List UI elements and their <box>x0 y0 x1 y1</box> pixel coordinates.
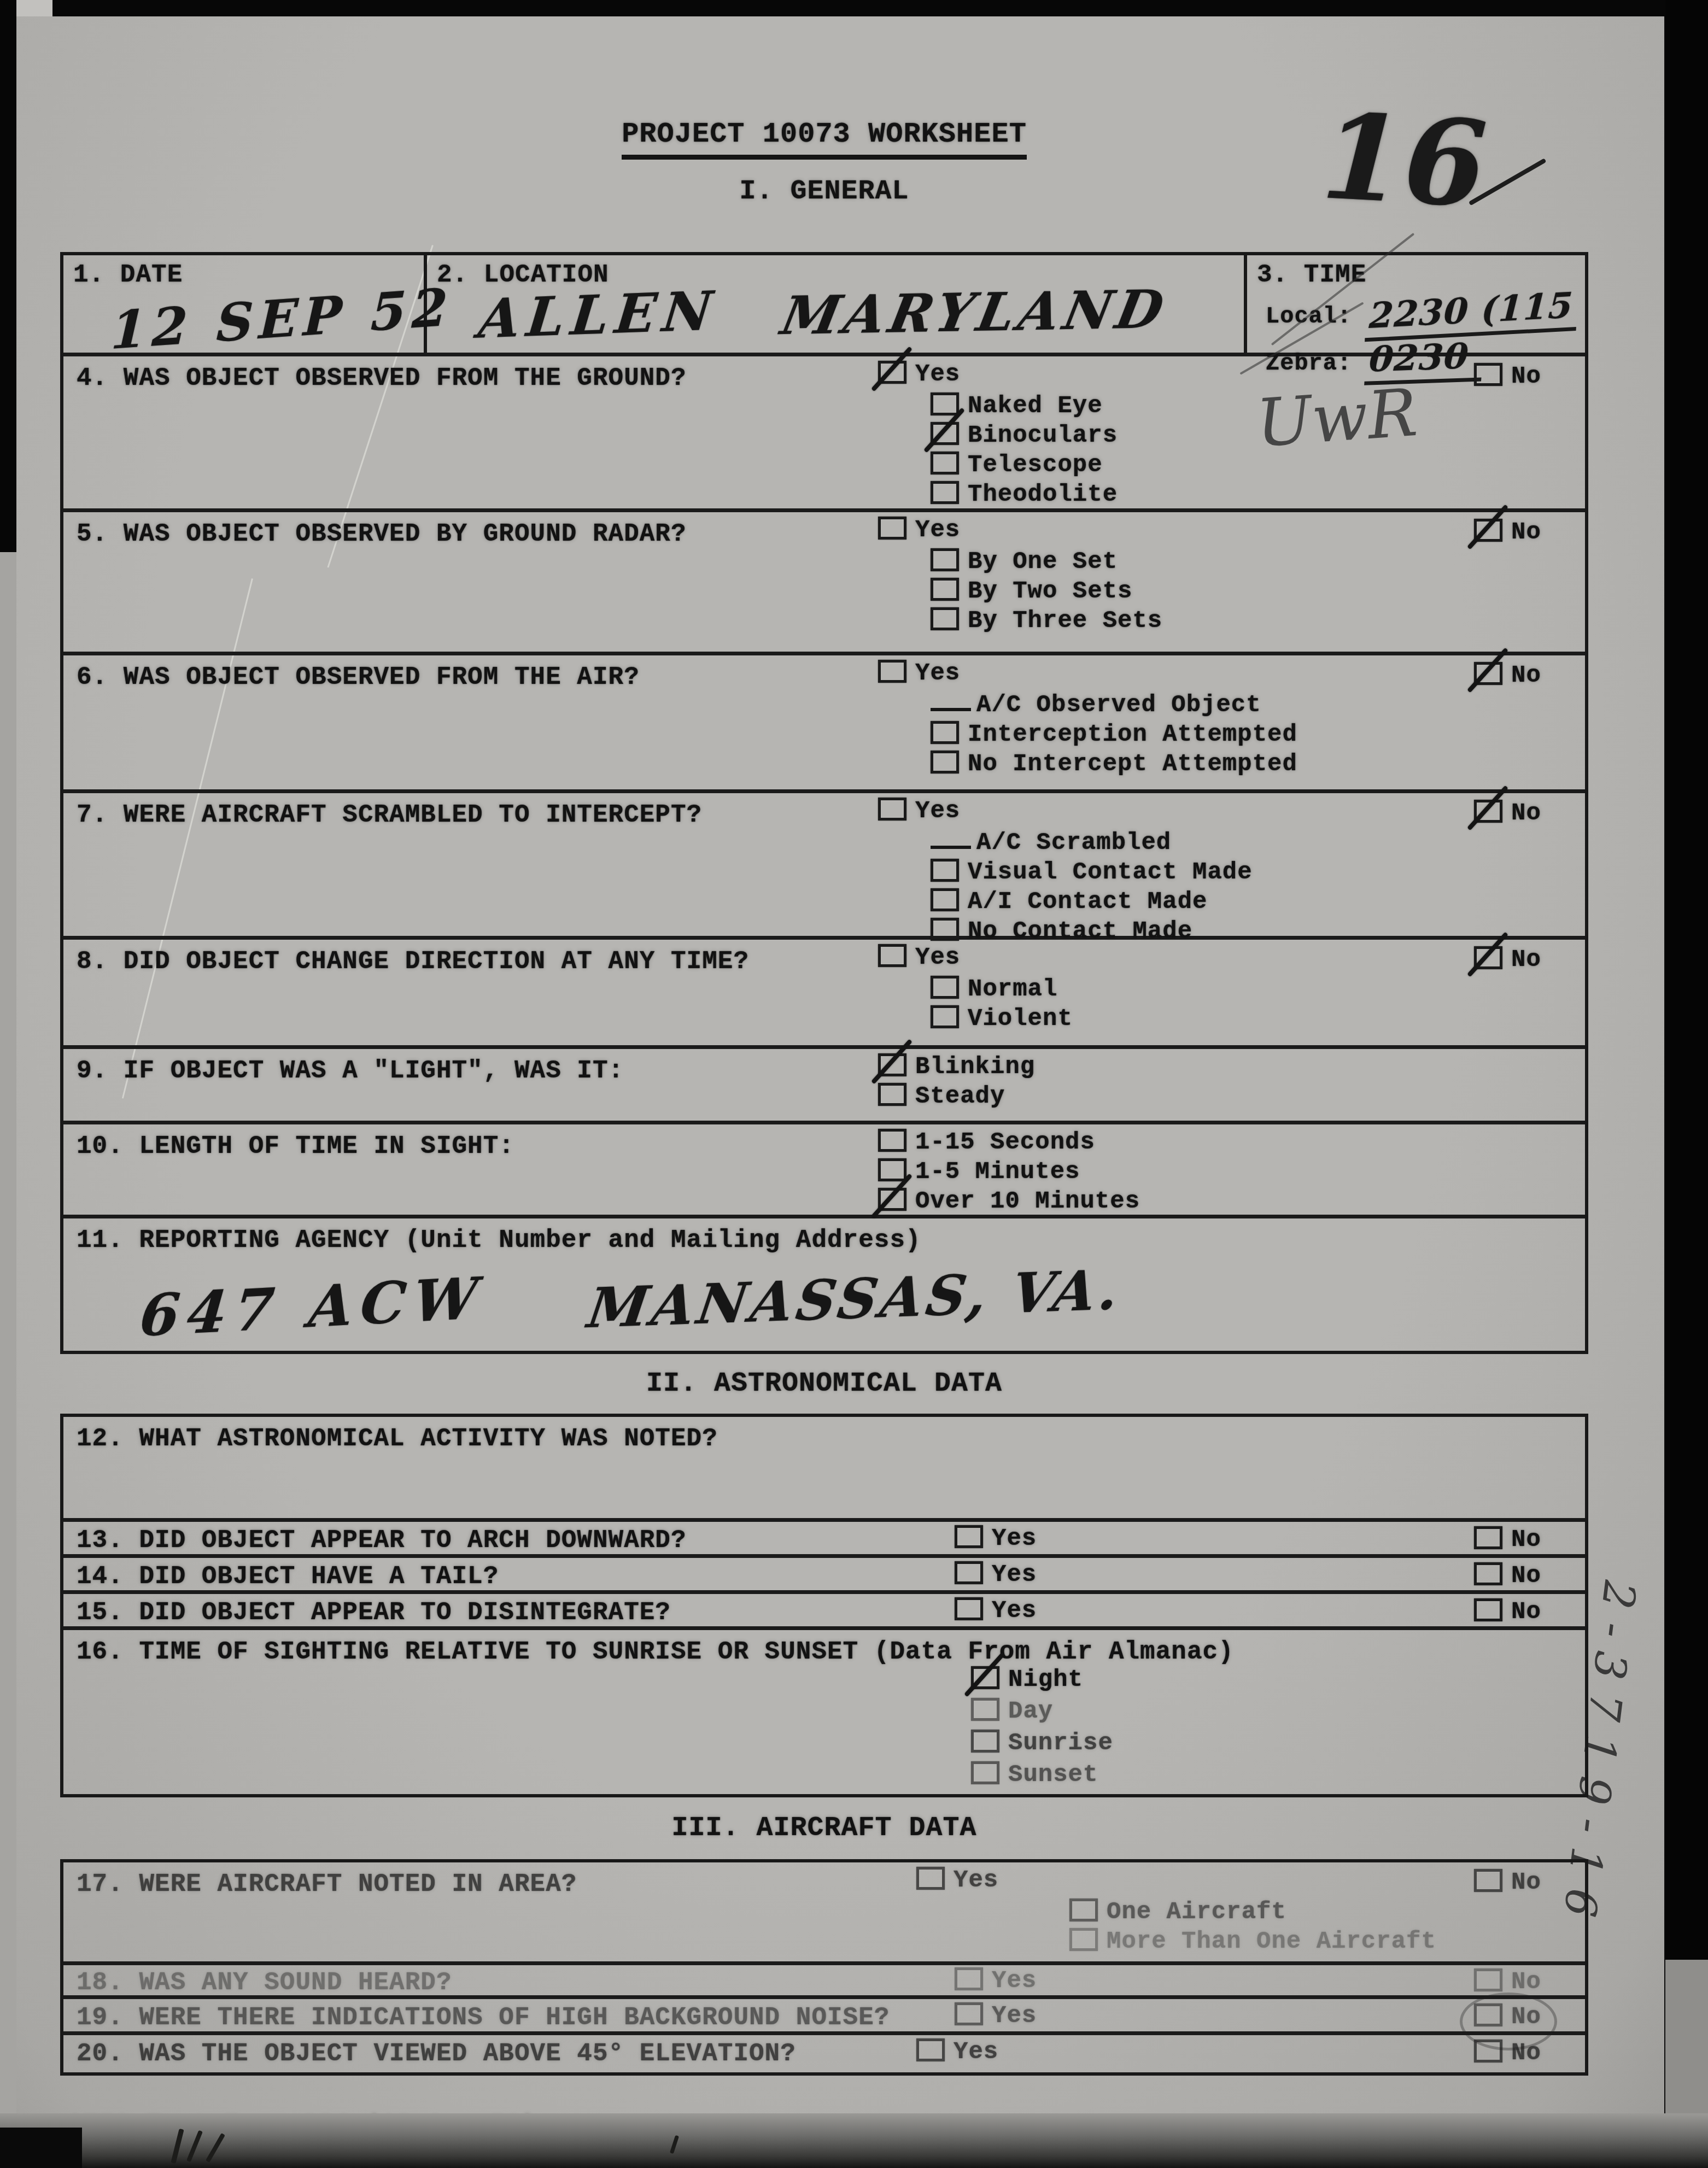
question-row-17: 17. WERE AIRCRAFT NOTED IN AREA? Yes One… <box>63 1862 1585 1965</box>
q8-yes-checkbox[interactable] <box>878 944 906 967</box>
q7-no-checkbox[interactable] <box>1474 800 1502 823</box>
section-aircraft-heading: III. AIRCRAFT DATA <box>60 1813 1588 1844</box>
q14-no-checkbox[interactable] <box>1474 1562 1502 1585</box>
q5-option-two-sets: By Two Sets <box>931 578 1162 607</box>
question-row-18: 18. WAS ANY SOUND HEARD? Yes No <box>63 1965 1585 1999</box>
scan-corner-bottom-left <box>0 2128 82 2168</box>
q10-over-10-minutes-checkbox[interactable] <box>878 1188 906 1211</box>
scan-edge-left <box>0 0 16 552</box>
q16-option-sunset: Sunset <box>971 1761 1113 1793</box>
question-17-options: Yes One Aircraft More Than One Aircraft <box>916 1867 1436 1958</box>
q7-no-option: No <box>1474 800 1541 827</box>
q13-no-checkbox[interactable] <box>1474 1526 1502 1549</box>
astronomical-table: 12. WHAT ASTRONOMICAL ACTIVITY WAS NOTED… <box>60 1414 1588 1797</box>
q4-yes-checkbox[interactable] <box>878 361 906 384</box>
question-15-label: 15. DID OBJECT APPEAR TO DISINTEGRATE? <box>63 1594 1585 1627</box>
scan-bottom-band <box>0 2113 1708 2168</box>
scanned-document-page: { "document": { "title": "PROJECT 10073 … <box>0 0 1708 2168</box>
time-label: 3. TIME <box>1247 255 1585 289</box>
q13-no-option: No <box>1474 1526 1541 1554</box>
question-20-options: Yes <box>916 2038 998 2068</box>
location-city-value: ALLEN <box>476 279 722 351</box>
location-state-value: MARYLAND <box>776 278 1173 347</box>
q4-no-checkbox[interactable] <box>1474 363 1502 386</box>
q13-yes-option: Yes <box>955 1525 1037 1555</box>
question-16-options: Night Day Sunrise Sunset <box>971 1666 1113 1793</box>
q7-option-ai-contact: A/I Contact Made <box>931 888 1253 918</box>
q4-no-option: No <box>1474 363 1541 390</box>
q4-option-theodolite: Theodolite <box>931 481 1118 511</box>
q7-option-ac-scrambled: A/C Scrambled <box>931 829 1253 859</box>
q10-1-15-seconds-checkbox[interactable] <box>878 1129 906 1152</box>
section-general-heading: I. GENERAL <box>60 176 1588 207</box>
date-value: 12 SEP 52 <box>110 277 454 361</box>
q19-no-checkbox[interactable] <box>1474 2003 1502 2026</box>
pen-scribble <box>670 2135 679 2154</box>
question-4-options: Yes Naked Eye Binoculars Telescope Theod… <box>878 361 1118 511</box>
question-row-12: 12. WHAT ASTRONOMICAL ACTIVITY WAS NOTED… <box>63 1417 1585 1522</box>
q7-visual-contact-checkbox[interactable] <box>931 859 959 882</box>
q6-yes-option: Yes <box>878 660 1297 689</box>
question-row-11: 11. REPORTING AGENCY (Unit Number and Ma… <box>63 1218 1585 1351</box>
question-5-label: 5. WAS OBJECT OBSERVED BY GROUND RADAR? <box>63 512 1585 548</box>
q9-steady-checkbox[interactable] <box>878 1083 906 1106</box>
q6-no-checkbox[interactable] <box>1474 662 1502 685</box>
q6-option-no-intercept: No Intercept Attempted <box>931 751 1297 780</box>
q4-telescope-checkbox[interactable] <box>931 452 959 474</box>
paper-sheet: 16 UwR 2-3719-16 PROJECT 10073 WORKSHEET… <box>16 15 1664 2119</box>
q10-option-1-5-minutes: 1-5 Minutes <box>878 1158 1140 1188</box>
q16-option-day: Day <box>971 1698 1113 1730</box>
q6-interception-checkbox[interactable] <box>931 721 959 744</box>
question-row-19: 19. WERE THERE INDICATIONS OF HIGH BACKG… <box>63 1999 1585 2035</box>
q19-yes-option: Yes <box>955 2002 1037 2032</box>
question-16-label: 16. TIME OF SIGHTING RELATIVE TO SUNRISE… <box>63 1630 1585 1666</box>
q7-yes-option: Yes <box>878 798 1253 827</box>
location-cell: 2. LOCATION ALLEN MARYLAND <box>427 255 1247 353</box>
question-row-20: 20. WAS THE OBJECT VIEWED ABOVE 45° ELEV… <box>63 2035 1585 2072</box>
q6-no-option: No <box>1474 662 1541 689</box>
q6-no-intercept-checkbox[interactable] <box>931 751 959 774</box>
q4-binoculars-checkbox[interactable] <box>931 422 959 445</box>
q14-no-option: No <box>1474 1562 1541 1590</box>
q6-yes-checkbox[interactable] <box>878 660 906 683</box>
q18-no-checkbox[interactable] <box>1474 1968 1502 1991</box>
q8-no-option: No <box>1474 946 1541 974</box>
question-8-label: 8. DID OBJECT CHANGE DIRECTION AT ANY TI… <box>63 940 1585 976</box>
date-cell: 1. DATE 12 SEP 52 <box>63 255 427 353</box>
time-local-value: 2230 (115 <box>1365 285 1579 342</box>
question-5-options: Yes By One Set By Two Sets By Three Sets <box>878 517 1162 637</box>
q15-no-checkbox[interactable] <box>1474 1598 1502 1621</box>
q10-1-5-minutes-checkbox[interactable] <box>878 1158 906 1181</box>
q4-yes-label: Yes <box>915 361 960 388</box>
question-row-14: 14. DID OBJECT HAVE A TAIL? Yes No <box>63 1558 1585 1594</box>
question-row-13: 13. DID OBJECT APPEAR TO ARCH DOWNWARD? … <box>63 1522 1585 1558</box>
q15-yes-option: Yes <box>955 1597 1037 1627</box>
q7-option-visual-contact: Visual Contact Made <box>931 859 1253 888</box>
q14-yes-checkbox[interactable] <box>955 1561 983 1584</box>
time-local-line: Local: 2230 (115 <box>1247 289 1585 336</box>
question-7-options: Yes A/C Scrambled Visual Contact Made A/… <box>878 798 1253 947</box>
question-row-4: 4. WAS OBJECT OBSERVED FROM THE GROUND? … <box>63 356 1585 512</box>
q4-no-label: No <box>1511 363 1541 390</box>
scan-edge-left-lower <box>0 552 16 2168</box>
q17-no-option: No <box>1474 1869 1541 1896</box>
q8-violent-checkbox[interactable] <box>931 1005 959 1028</box>
q16-sunset-checkbox[interactable] <box>971 1761 999 1784</box>
question-13-options: Yes <box>955 1525 1037 1555</box>
q4-theodolite-checkbox[interactable] <box>931 481 959 504</box>
reporting-agency-unit-value: 647 ACW <box>137 1264 488 1350</box>
q17-option-one-aircraft: One Aircraft <box>1069 1899 1436 1928</box>
q18-yes-checkbox[interactable] <box>955 1967 983 1990</box>
scan-edge-right <box>1665 0 1708 1960</box>
question-row-15: 15. DID OBJECT APPEAR TO DISINTEGRATE? Y… <box>63 1594 1585 1630</box>
question-15-options: Yes <box>955 1597 1037 1627</box>
question-18-options: Yes <box>955 1967 1037 1997</box>
q16-option-night: Night <box>971 1666 1113 1698</box>
q8-option-violent: Violent <box>931 1005 1073 1035</box>
question-14-label: 14. DID OBJECT HAVE A TAIL? <box>63 1558 1585 1591</box>
q5-yes-option: Yes <box>878 517 1162 546</box>
q6-option-interception-attempted: Interception Attempted <box>931 721 1297 751</box>
q14-yes-option: Yes <box>955 1561 1037 1591</box>
question-13-label: 13. DID OBJECT APPEAR TO ARCH DOWNWARD? <box>63 1522 1585 1555</box>
q15-no-option: No <box>1474 1598 1541 1626</box>
q6-option-ac-observed: A/C Observed Object <box>931 692 1297 721</box>
q16-sunrise-checkbox[interactable] <box>971 1730 999 1753</box>
page-title: PROJECT 10073 WORKSHEET <box>60 118 1588 160</box>
scan-edge-top <box>52 0 1670 16</box>
reporting-agency-address-value: MANASSAS, VA. <box>584 1257 1126 1341</box>
time-cell: 3. TIME Local: 2230 (115 Zebra: 0230 <box>1247 255 1585 353</box>
q9-blinking-checkbox[interactable] <box>878 1053 906 1076</box>
q9-option-blinking: Blinking <box>878 1053 1035 1083</box>
q16-option-sunrise: Sunrise <box>971 1730 1113 1761</box>
q13-yes-checkbox[interactable] <box>955 1525 983 1548</box>
question-row-5: 5. WAS OBJECT OBSERVED BY GROUND RADAR? … <box>63 512 1585 655</box>
question-row-7: 7. WERE AIRCRAFT SCRAMBLED TO INTERCEPT?… <box>63 793 1585 940</box>
question-10-options: 1-15 Seconds 1-5 Minutes Over 10 Minutes <box>878 1129 1140 1217</box>
general-table: 1. DATE 12 SEP 52 2. LOCATION ALLEN MARY… <box>60 252 1588 1354</box>
q10-option-1-15-seconds: 1-15 Seconds <box>878 1129 1140 1158</box>
q20-no-option: No <box>1474 2040 1541 2067</box>
question-19-label: 19. WERE THERE INDICATIONS OF HIGH BACKG… <box>63 1999 1585 2032</box>
q10-option-over-10-minutes: Over 10 Minutes <box>878 1188 1140 1217</box>
question-row-9: 9. IF OBJECT WAS A "LIGHT", WAS IT: Blin… <box>63 1049 1585 1124</box>
q5-no-checkbox[interactable] <box>1474 519 1502 542</box>
q17-no-checkbox[interactable] <box>1474 1869 1502 1892</box>
header-row: 1. DATE 12 SEP 52 2. LOCATION ALLEN MARY… <box>63 255 1585 356</box>
q16-night-checkbox[interactable] <box>971 1666 999 1689</box>
question-12-label: 12. WHAT ASTRONOMICAL ACTIVITY WAS NOTED… <box>63 1417 1585 1453</box>
question-20-label: 20. WAS THE OBJECT VIEWED ABOVE 45° ELEV… <box>63 2035 1585 2068</box>
question-4-label: 4. WAS OBJECT OBSERVED FROM THE GROUND? <box>63 356 1585 392</box>
q17-option-more-than-one: More Than One Aircraft <box>1069 1928 1436 1958</box>
question-6-label: 6. WAS OBJECT OBSERVED FROM THE AIR? <box>63 655 1585 692</box>
question-9-options: Blinking Steady <box>878 1053 1035 1112</box>
q15-yes-checkbox[interactable] <box>955 1597 983 1620</box>
q8-no-checkbox[interactable] <box>1474 946 1502 969</box>
q8-option-normal: Normal <box>931 976 1073 1005</box>
q20-yes-option: Yes <box>916 2038 998 2068</box>
question-row-16: 16. TIME OF SIGHTING RELATIVE TO SUNRISE… <box>63 1630 1585 1794</box>
blank-line <box>931 829 971 849</box>
section-astronomical-heading: II. ASTRONOMICAL DATA <box>60 1368 1588 1399</box>
q4-option-binoculars: Binoculars <box>931 422 1118 452</box>
question-row-10: 10. LENGTH OF TIME IN SIGHT: 1-15 Second… <box>63 1124 1585 1218</box>
q16-day-checkbox[interactable] <box>971 1698 999 1721</box>
pen-scribble <box>186 2130 203 2163</box>
q9-option-steady: Steady <box>878 1083 1035 1112</box>
question-19-options: Yes <box>955 2002 1037 2032</box>
question-6-options: Yes A/C Observed Object Interception Att… <box>878 660 1297 780</box>
blank-line <box>931 692 971 711</box>
q5-no-option: No <box>1474 519 1541 546</box>
q5-three-sets-checkbox[interactable] <box>931 607 959 630</box>
question-7-label: 7. WERE AIRCRAFT SCRAMBLED TO INTERCEPT? <box>63 793 1585 829</box>
q19-no-option: No <box>1474 2003 1541 2031</box>
q17-yes-option: Yes <box>916 1867 1436 1896</box>
form-content: PROJECT 10073 WORKSHEET I. GENERAL 1. DA… <box>60 15 1588 2140</box>
q17-more-than-one-checkbox[interactable] <box>1069 1928 1098 1951</box>
q4-option-telescope: Telescope <box>931 452 1118 481</box>
q4-yes-option: Yes <box>878 361 1118 390</box>
q8-normal-checkbox[interactable] <box>931 976 959 999</box>
q5-yes-checkbox[interactable] <box>878 517 906 540</box>
q18-no-option: No <box>1474 1968 1541 1996</box>
question-11-label: 11. REPORTING AGENCY (Unit Number and Ma… <box>63 1218 1585 1255</box>
pen-scribble <box>206 2133 225 2163</box>
q5-option-three-sets: By Three Sets <box>931 607 1162 637</box>
q20-no-checkbox[interactable] <box>1474 2040 1502 2062</box>
q18-yes-option: Yes <box>955 1967 1037 1997</box>
q8-yes-option: Yes <box>878 944 1073 974</box>
aircraft-table: 17. WERE AIRCRAFT NOTED IN AREA? Yes One… <box>60 1859 1588 2076</box>
question-9-label: 9. IF OBJECT WAS A "LIGHT", WAS IT: <box>63 1049 1585 1085</box>
q5-two-sets-checkbox[interactable] <box>931 578 959 601</box>
q7-no-contact-checkbox[interactable] <box>931 918 959 941</box>
q4-option-naked-eye: Naked Eye <box>931 392 1118 422</box>
question-row-6: 6. WAS OBJECT OBSERVED FROM THE AIR? Yes… <box>63 655 1585 793</box>
q7-ai-contact-checkbox[interactable] <box>931 888 959 911</box>
question-10-label: 10. LENGTH OF TIME IN SIGHT: <box>63 1124 1585 1161</box>
q19-yes-checkbox[interactable] <box>955 2002 983 2025</box>
q5-option-one-set: By One Set <box>931 548 1162 578</box>
q17-yes-checkbox[interactable] <box>916 1867 945 1890</box>
question-14-options: Yes <box>955 1561 1037 1591</box>
q4-naked-eye-checkbox[interactable] <box>931 392 959 415</box>
q17-one-aircraft-checkbox[interactable] <box>1069 1899 1098 1921</box>
question-18-label: 18. WAS ANY SOUND HEARD? <box>63 1965 1585 1997</box>
question-row-8: 8. DID OBJECT CHANGE DIRECTION AT ANY TI… <box>63 940 1585 1049</box>
q7-yes-checkbox[interactable] <box>878 798 906 821</box>
q20-yes-checkbox[interactable] <box>916 2038 945 2061</box>
question-8-options: Yes Normal Violent <box>878 944 1073 1035</box>
pen-scribble <box>171 2129 184 2164</box>
q5-one-set-checkbox[interactable] <box>931 548 959 571</box>
